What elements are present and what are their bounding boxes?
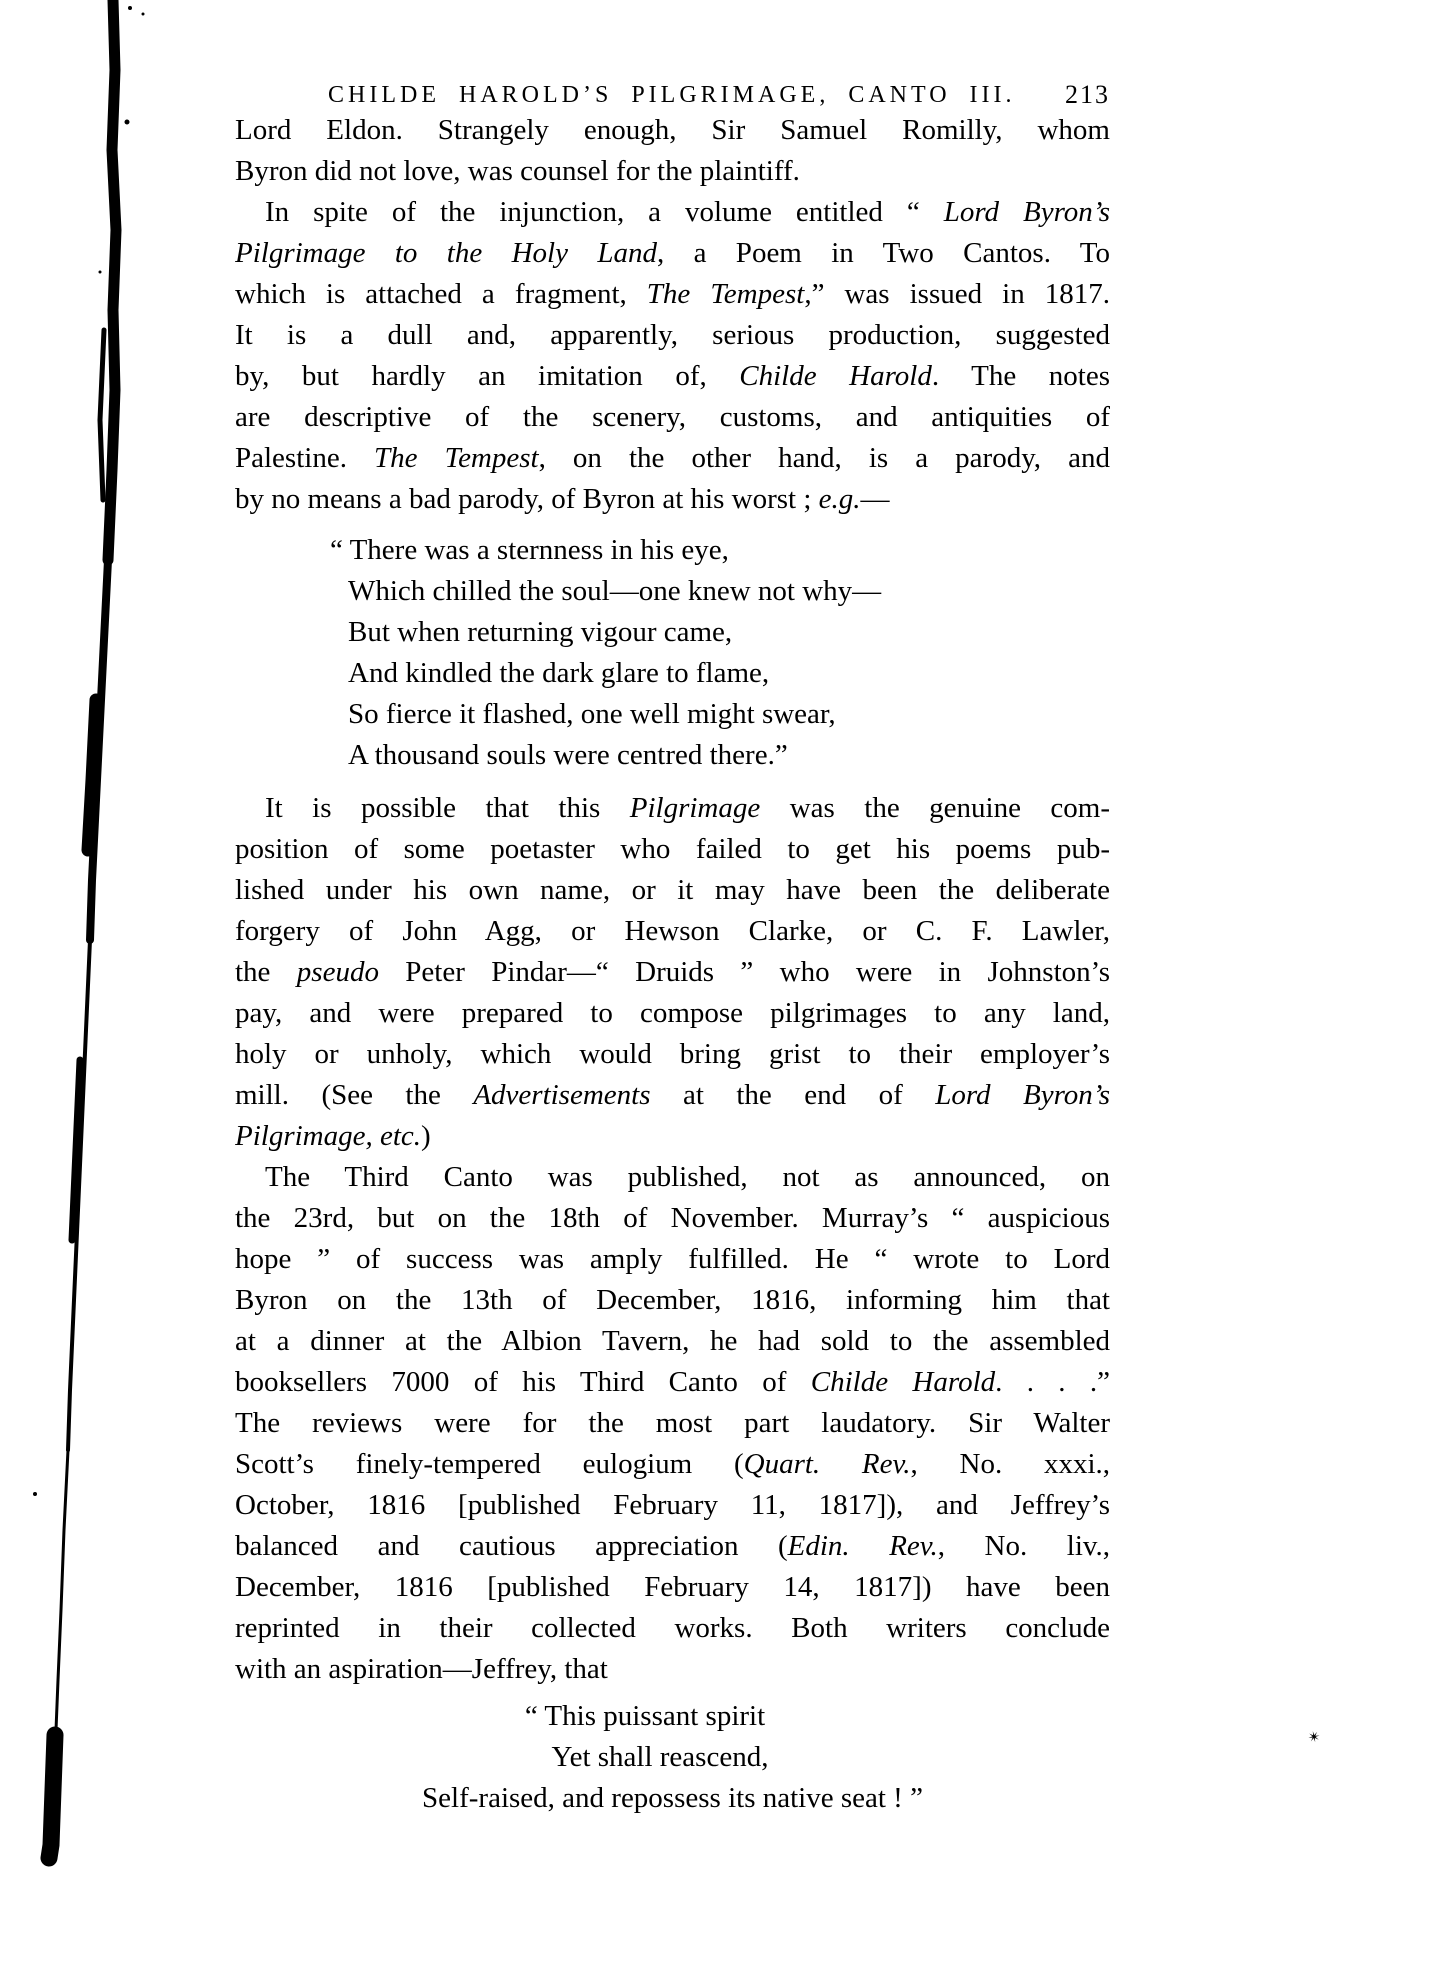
binding-shadow-artifact [0, 0, 150, 1965]
text-line: Pilgrimage to the Holy Land, a Poem in T… [235, 233, 1110, 274]
text-line: are descriptive of the scenery, customs,… [235, 397, 1110, 438]
text-line: position of some poetaster who failed to… [235, 829, 1110, 870]
verse-line: Which chilled the soul—one knew not why— [348, 571, 1110, 612]
paragraph: The Third Canto was published, not as an… [235, 1157, 1110, 1690]
text-line: with an aspiration—Jeffrey, that [235, 1649, 1110, 1690]
text-line: In spite of the injunction, a volume ent… [235, 192, 1110, 233]
text-line: Lord Eldon. Strangely enough, Sir Samuel… [235, 110, 1110, 151]
verse-line: So fierce it flashed, one well might swe… [348, 694, 1110, 735]
verse-line: Yet shall reascend, [235, 1737, 1055, 1778]
text-line: the pseudo Peter Pindar—“ Druids ” who w… [235, 952, 1110, 993]
verse-line: “ There was a sternness in his eye, [330, 530, 1110, 571]
text-line: mill. (See the Advertisements at the end… [235, 1075, 1110, 1116]
verse-line: “ This puissant spirit [235, 1696, 1055, 1737]
text-line: lished under his own name, or it may hav… [235, 870, 1110, 911]
quote-block: “ This puissant spiritYet shall reascend… [235, 1696, 1055, 1819]
text-line: Palestine. The Tempest, on the other han… [235, 438, 1110, 479]
poem-block: “ There was a sternness in his eye,Which… [348, 530, 1110, 776]
text-line: hope ” of success was amply fulfilled. H… [235, 1239, 1110, 1280]
text-line: The reviews were for the most part lauda… [235, 1403, 1110, 1444]
ink-speck-artifact: ✴ [1306, 1727, 1322, 1747]
text-line: holy or unholy, which would bring grist … [235, 1034, 1110, 1075]
text-line: balanced and cautious appreciation (Edin… [235, 1526, 1110, 1567]
running-header: CHILDE HAROLD’S PILGRIMAGE, CANTO III. 2… [235, 82, 1110, 109]
page-number: 213 [1065, 80, 1110, 110]
text-line: which is attached a fragment, The Tempes… [235, 274, 1110, 315]
text-line: at a dinner at the Albion Tavern, he had… [235, 1321, 1110, 1362]
text-line: booksellers 7000 of his Third Canto of C… [235, 1362, 1110, 1403]
text-line: October, 1816 [published February 11, 18… [235, 1485, 1110, 1526]
text-line: the 23rd, but on the 18th of November. M… [235, 1198, 1110, 1239]
text-line: Pilgrimage, etc.) [235, 1116, 1110, 1157]
paragraph: It is possible that this Pilgrimage was … [235, 788, 1110, 1157]
running-header-title: CHILDE HAROLD’S PILGRIMAGE, CANTO III. [328, 82, 1016, 108]
paragraph: In spite of the injunction, a volume ent… [235, 192, 1110, 520]
text-line: The Third Canto was published, not as an… [235, 1157, 1110, 1198]
text-line: Byron on the 13th of December, 1816, inf… [235, 1280, 1110, 1321]
scanned-book-page: CHILDE HAROLD’S PILGRIMAGE, CANTO III. 2… [0, 0, 1437, 1965]
text-line: pay, and were prepared to compose pilgri… [235, 993, 1110, 1034]
text-line: Byron did not love, was counsel for the … [235, 151, 1110, 192]
verse-line: But when returning vigour came, [348, 612, 1110, 653]
verse-line: A thousand souls were centred there.” [348, 735, 1110, 776]
text-line: It is possible that this Pilgrimage was … [235, 788, 1110, 829]
text-block: Lord Eldon. Strangely enough, Sir Samuel… [235, 110, 1110, 1819]
text-line: forgery of John Agg, or Hewson Clarke, o… [235, 911, 1110, 952]
paragraph: Lord Eldon. Strangely enough, Sir Samuel… [235, 110, 1110, 192]
text-line: December, 1816 [published February 14, 1… [235, 1567, 1110, 1608]
text-line: reprinted in their collected works. Both… [235, 1608, 1110, 1649]
text-line: by no means a bad parody, of Byron at hi… [235, 479, 1110, 520]
text-line: Scott’s finely-tempered eulogium (Quart.… [235, 1444, 1110, 1485]
text-line: by, but hardly an imitation of, Childe H… [235, 356, 1110, 397]
text-line: It is a dull and, apparently, serious pr… [235, 315, 1110, 356]
verse-line: Self-raised, and repossess its native se… [235, 1778, 1055, 1819]
verse-line: And kindled the dark glare to flame, [348, 653, 1110, 694]
